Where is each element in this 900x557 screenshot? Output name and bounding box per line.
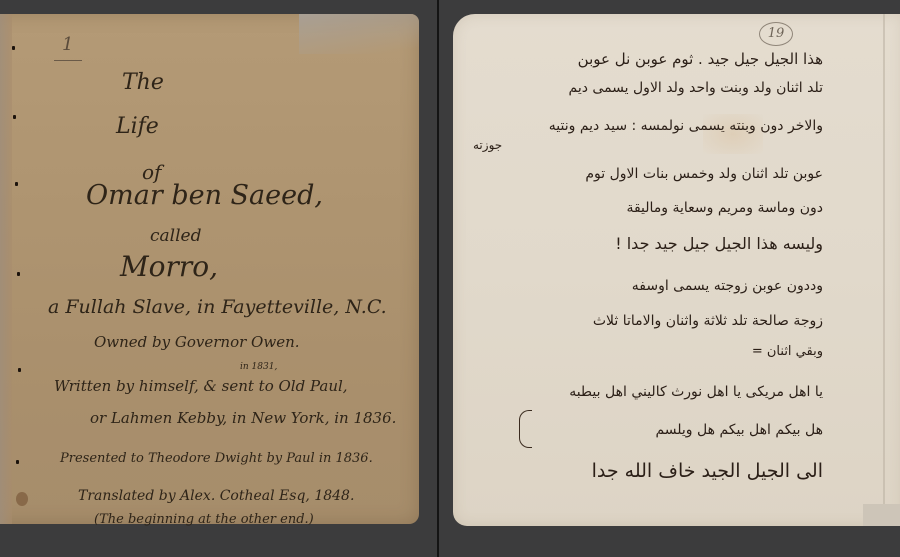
title-line-name: Omar ben Saeed, (86, 180, 323, 211)
arabic-line-2: تلد اثنان ولد وبنت واحد ولد الاول يسمى د… (569, 80, 823, 96)
right-page-pane[interactable]: 19 هذا الجيل جيل جيد . ثوم عوبن نل عوبن … (439, 0, 900, 557)
arabic-line-12: الى الجيل الجيد خاف الله جدا (592, 460, 823, 482)
binding-hole (16, 460, 19, 464)
line-written-by: Written by himself, & sent to Old Paul, (54, 377, 348, 395)
page-corner-patch (863, 504, 900, 526)
binding-hole (15, 182, 18, 186)
line-translated: Translated by Alex. Cotheal Esq, 1848. (78, 488, 354, 504)
ink-spot (16, 492, 28, 506)
arabic-line-11: هل بيكم اهل بيكم هل ويلسم (655, 422, 823, 438)
binding-hole (18, 368, 21, 372)
arabic-manuscript-page: 19 هذا الجيل جيل جيد . ثوم عوبن نل عوبن … (453, 14, 900, 526)
arabic-line-4: عوبن تلد اثنان ولد وخمس بنات الاول توم (585, 166, 823, 182)
binding-hole (13, 115, 16, 119)
line-lahmen-kebby: or Lahmen Kebby, in New York, in 1836. (90, 409, 396, 427)
page-binding-strip (0, 14, 12, 524)
title-line-called: called (150, 226, 201, 246)
arabic-margin-note: جوزته (473, 138, 502, 152)
folio-number-circled: 19 (759, 22, 793, 46)
title-line-morro: Morro, (120, 250, 218, 283)
arabic-line-7: وددون عوبن زوجته يسمى اوسفه (632, 278, 823, 294)
subtitle-fullah-slave: a Fullah Slave, in Fayetteville, N.C. (48, 296, 387, 318)
arabic-line-10: يا اهل مريكى يا اهل نورث كاليني اهل بيطب… (569, 384, 823, 400)
line-presented: Presented to Theodore Dwight by Paul in … (60, 451, 373, 466)
arabic-line-3: والاخر دون وبنته يسمى نولمسه : سيد ديم و… (549, 118, 823, 134)
arabic-line-9: وبقي اثنان = (752, 344, 823, 359)
title-line-the: The (122, 70, 164, 95)
arabic-line-6: وليسه هذا الجيل جيل جيد جدا ! (615, 234, 823, 253)
line-beginning-note: (The beginning at the other end.) (94, 512, 314, 527)
page-fold-line (883, 14, 885, 526)
binding-hole (17, 272, 20, 276)
folio-number: 1 (62, 34, 73, 55)
arabic-line-5: دون وماسة ومريم وسعاية وماليقة (626, 200, 823, 216)
arabic-line-1: هذا الجيل جيل جيد . ثوم عوبن نل عوبن (578, 50, 823, 68)
binding-hole (12, 46, 15, 50)
bracket-mark (519, 410, 532, 448)
title-line-life: Life (116, 114, 159, 139)
english-title-page: 1 The Life of Omar ben Saeed, called Mor… (0, 14, 419, 524)
arabic-line-8: زوجة صالحة تلد ثلاثة واثنان والاماتا ثلا… (593, 313, 823, 329)
paper-stain (299, 14, 419, 54)
left-page-pane[interactable]: 1 The Life of Omar ben Saeed, called Mor… (0, 0, 437, 557)
insert-year-note: in 1831, (240, 362, 277, 372)
document-viewer: 1 The Life of Omar ben Saeed, called Mor… (0, 0, 900, 557)
line-owned-by: Owned by Governor Owen. (94, 333, 300, 351)
